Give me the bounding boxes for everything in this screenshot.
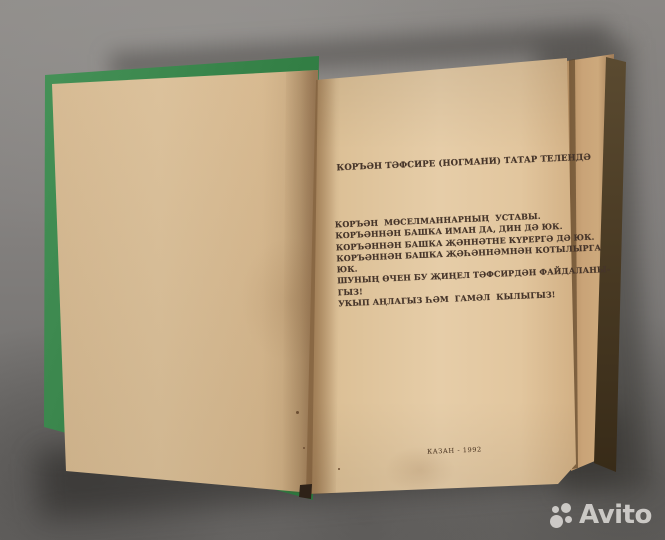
avito-watermark: Avito [550, 500, 652, 530]
avito-logo-dot [561, 503, 571, 513]
open-book: КОРЪӘН ТӘФСИРЕ (НОГМАНИ) ТАТАР ТЕЛЕНДӘ К… [0, 0, 665, 540]
avito-logo-dot [552, 506, 559, 513]
title-page-text: КОРЪӘН ТӘФСИРЕ (НОГМАНИ) ТАТАР ТЕЛЕНДӘ К… [318, 48, 628, 494]
avito-watermark-text: Avito [579, 500, 652, 530]
page-speck [303, 447, 305, 449]
avito-logo-dot [565, 516, 572, 523]
photo: КОРЪӘН ТӘФСИРЕ (НОГМАНИ) ТАТАР ТЕЛЕНДӘ К… [0, 0, 665, 540]
title-page-paragraph: КОРЪӘН МӨСЕЛМАННАРНЫҢ УСТАВЫ. КОРЪӘННӘН … [335, 208, 619, 310]
book-title: КОРЪӘН ТӘФСИРЕ (НОГМАНИ) ТАТАР ТЕЛЕНДӘ [336, 152, 606, 173]
avito-logo-icon [550, 500, 576, 530]
page-speck [296, 411, 299, 414]
imprint-city-year: КАЗАН - 1992 [334, 442, 574, 460]
avito-logo-dot [550, 515, 563, 528]
